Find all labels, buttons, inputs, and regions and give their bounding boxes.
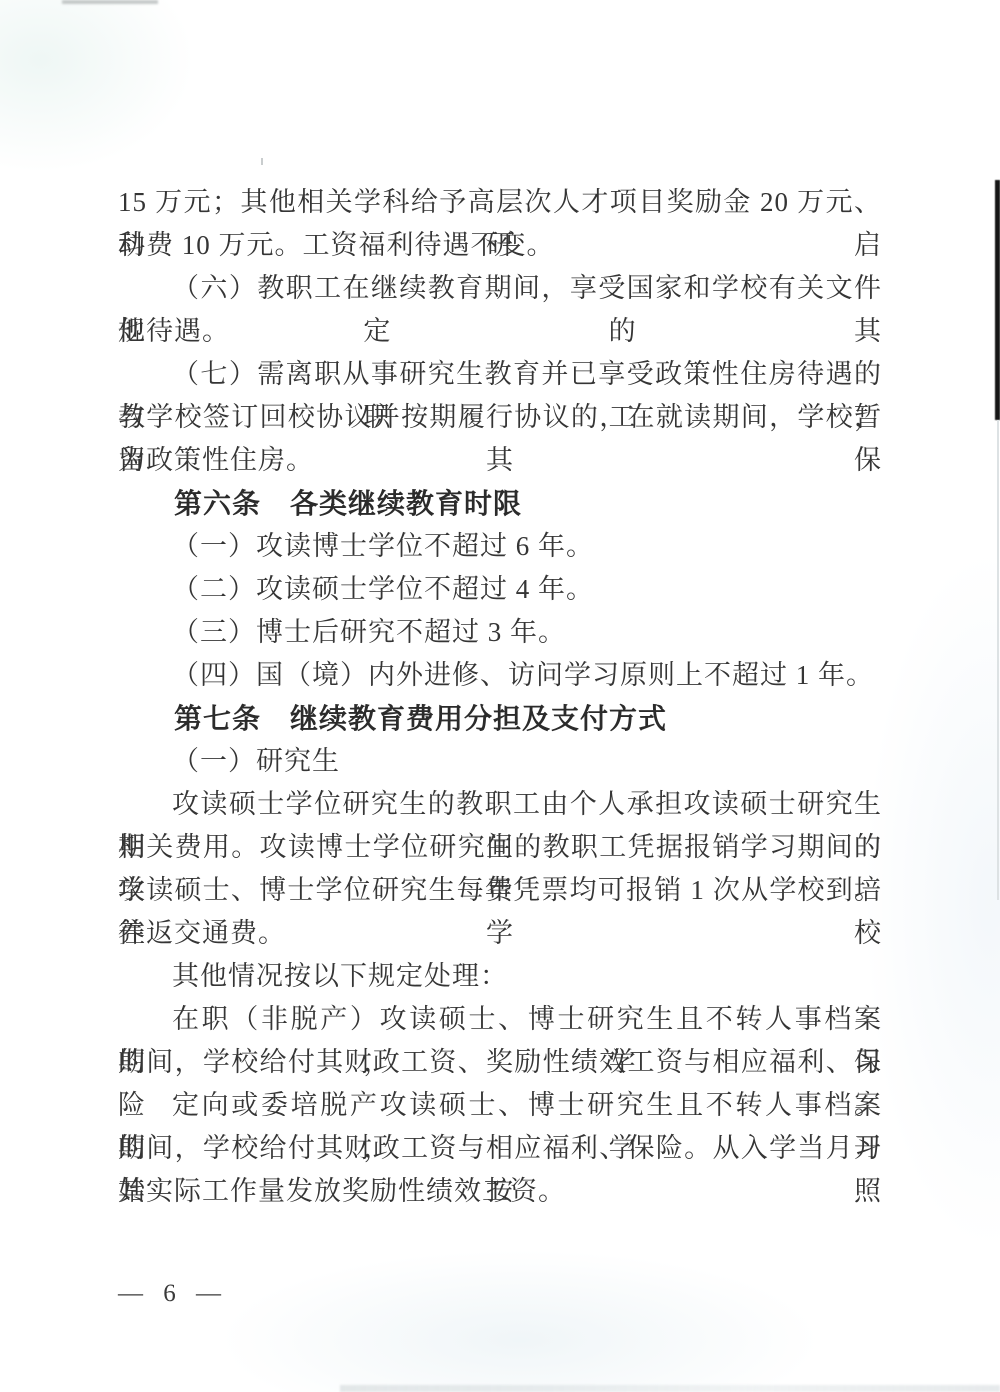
text-line: （一）研究生	[118, 740, 882, 783]
text-line: （三）博士后研究不超过 3 年。	[118, 611, 882, 654]
text-line: 15 万元；其他相关学科给予高层次人才项目奖励金 20 万元、科研启	[118, 181, 882, 224]
scan-smudge-bottom	[340, 1385, 1000, 1392]
text-line: （七）需离职从事研究生教育并已享受政策性住房待遇的教职工，	[118, 353, 882, 396]
document-page: 15 万元；其他相关学科给予高层次人才项目奖励金 20 万元、科研启 动费 10…	[0, 0, 1000, 1392]
text-line: 攻读硕士学位研究生的教职工由个人承担攻读硕士研究生期间的	[118, 783, 882, 826]
page-number: — 6 —	[118, 1280, 228, 1308]
text-line: 攻读硕士、博士学位研究生每年凭票均可报销 1 次从学校到培养学校	[118, 869, 882, 912]
text-line: 期间，学校给付其财政工资与相应福利、保险。从入学当月开始按照	[118, 1127, 882, 1170]
text-line: （一）攻读博士学位不超过 6 年。	[118, 525, 882, 568]
scan-smudge-top	[62, 0, 158, 4]
text-line: （六）教职工在继续教育期间，享受国家和学校有关文件规定的其	[118, 267, 882, 310]
text-line: 其他情况按以下规定处理：	[118, 955, 882, 998]
article-6-heading: 第六条 各类继续教育时限	[118, 482, 882, 525]
text-line: 与学校签订回校协议并按期履行协议的，在就读期间，学校暂为其保	[118, 396, 882, 439]
text-line: 相关费用。攻读博士学位研究生的教职工凭据报销学习期间的学费。	[118, 826, 882, 869]
text-line: 期间，学校给付其财政工资、奖励性绩效工资与相应福利、保险。	[118, 1041, 882, 1084]
text-line: 在职（非脱产）攻读硕士、博士研究生且不转人事档案的，学习	[118, 998, 882, 1041]
scan-speck	[261, 158, 263, 165]
scan-edge-line	[997, 420, 999, 900]
article-7-heading: 第七条 继续教育费用分担及支付方式	[118, 697, 882, 740]
text-line: 定向或委培脱产攻读硕士、博士研究生且不转人事档案的，学习	[118, 1084, 882, 1127]
text-line: （四）国（境）内外进修、访问学习原则上不超过 1 年。	[118, 654, 882, 697]
document-body: 15 万元；其他相关学科给予高层次人才项目奖励金 20 万元、科研启 动费 10…	[118, 181, 882, 1213]
scan-edge-bar	[995, 180, 1000, 420]
text-line: （二）攻读硕士学位不超过 4 年。	[118, 568, 882, 611]
